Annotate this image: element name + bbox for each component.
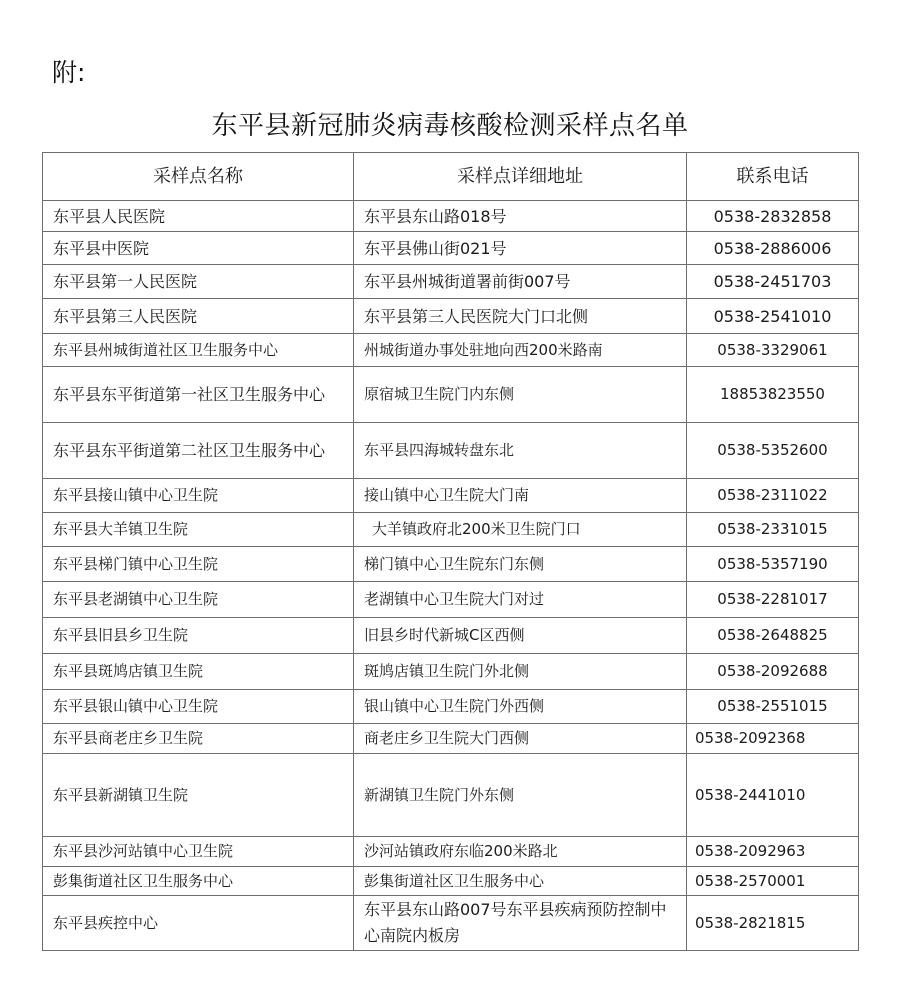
site-address: 旧县乡时代新城C区西侧 bbox=[354, 618, 687, 654]
site-phone: 0538-2311022 bbox=[687, 479, 859, 513]
site-name: 东平县疾控中心 bbox=[43, 896, 354, 951]
site-phone: 0538-2832858 bbox=[687, 201, 859, 232]
site-address: 斑鸠店镇卫生院门外北侧 bbox=[354, 654, 687, 690]
header-site-address: 采样点详细地址 bbox=[354, 153, 687, 201]
site-name: 东平县州城街道社区卫生服务中心 bbox=[43, 334, 354, 367]
table-row: 东平县东平街道第二社区卫生服务中心 东平县四海城转盘东北 0538-535260… bbox=[43, 423, 859, 479]
site-phone: 0538-2441010 bbox=[687, 754, 859, 837]
site-address: 东平县四海城转盘东北 bbox=[354, 423, 687, 479]
site-address: 新湖镇卫生院门外东侧 bbox=[354, 754, 687, 837]
table-row: 东平县大羊镇卫生院 大羊镇政府北200米卫生院门口 0538-2331015 bbox=[43, 513, 859, 547]
table-row: 东平县商老庄乡卫生院 商老庄乡卫生院大门西侧 0538-2092368 bbox=[43, 724, 859, 754]
site-address: 东平县佛山街021号 bbox=[354, 232, 687, 265]
site-phone: 0538-2092688 bbox=[687, 654, 859, 690]
site-phone: 0538-2331015 bbox=[687, 513, 859, 547]
site-phone: 0538-2092963 bbox=[687, 837, 859, 867]
site-address: 东平县第三人民医院大门口北侧 bbox=[354, 299, 687, 334]
site-name: 东平县接山镇中心卫生院 bbox=[43, 479, 354, 513]
site-phone: 0538-2541010 bbox=[687, 299, 859, 334]
site-name: 东平县梯门镇中心卫生院 bbox=[43, 547, 354, 582]
table-row: 东平县第三人民医院 东平县第三人民医院大门口北侧 0538-2541010 bbox=[43, 299, 859, 334]
site-phone: 0538-2281017 bbox=[687, 582, 859, 618]
site-name: 东平县东平街道第一社区卫生服务中心 bbox=[43, 367, 354, 423]
site-phone: 0538-3329061 bbox=[687, 334, 859, 367]
site-name: 东平县商老庄乡卫生院 bbox=[43, 724, 354, 754]
table-header-row: 采样点名称 采样点详细地址 联系电话 bbox=[43, 153, 859, 201]
site-address: 东平县州城街道署前街007号 bbox=[354, 265, 687, 299]
site-name: 东平县老湖镇中心卫生院 bbox=[43, 582, 354, 618]
site-phone: 0538-5357190 bbox=[687, 547, 859, 582]
site-address: 原宿城卫生院门内东侧 bbox=[354, 367, 687, 423]
site-phone: 18853823550 bbox=[687, 367, 859, 423]
table-row: 东平县第一人民医院 东平县州城街道署前街007号 0538-2451703 bbox=[43, 265, 859, 299]
site-phone: 0538-2570001 bbox=[687, 867, 859, 896]
site-address: 商老庄乡卫生院大门西侧 bbox=[354, 724, 687, 754]
header-site-name: 采样点名称 bbox=[43, 153, 354, 201]
table-row: 东平县斑鸠店镇卫生院 斑鸠店镇卫生院门外北侧 0538-2092688 bbox=[43, 654, 859, 690]
site-address: 老湖镇中心卫生院大门对过 bbox=[354, 582, 687, 618]
site-address: 州城街道办事处驻地向西200米路南 bbox=[354, 334, 687, 367]
site-address: 彭集街道社区卫生服务中心 bbox=[354, 867, 687, 896]
site-address: 银山镇中心卫生院门外西侧 bbox=[354, 690, 687, 724]
site-address: 大羊镇政府北200米卫生院门口 bbox=[354, 513, 687, 547]
site-phone: 0538-2551015 bbox=[687, 690, 859, 724]
site-name: 东平县人民医院 bbox=[43, 201, 354, 232]
site-name: 东平县斑鸠店镇卫生院 bbox=[43, 654, 354, 690]
site-name: 东平县第一人民医院 bbox=[43, 265, 354, 299]
site-address: 梯门镇中心卫生院东门东侧 bbox=[354, 547, 687, 582]
table-row: 东平县银山镇中心卫生院 银山镇中心卫生院门外西侧 0538-2551015 bbox=[43, 690, 859, 724]
table-row: 东平县老湖镇中心卫生院 老湖镇中心卫生院大门对过 0538-2281017 bbox=[43, 582, 859, 618]
site-phone: 0538-2451703 bbox=[687, 265, 859, 299]
table-row: 东平县疾控中心 东平县东山路007号东平县疾病预防控制中心南院内板房 0538-… bbox=[43, 896, 859, 951]
site-address: 接山镇中心卫生院大门南 bbox=[354, 479, 687, 513]
table-row: 彭集街道社区卫生服务中心 彭集街道社区卫生服务中心 0538-2570001 bbox=[43, 867, 859, 896]
site-phone: 0538-2648825 bbox=[687, 618, 859, 654]
site-name: 东平县沙河站镇中心卫生院 bbox=[43, 837, 354, 867]
site-phone: 0538-2886006 bbox=[687, 232, 859, 265]
site-name: 东平县东平街道第二社区卫生服务中心 bbox=[43, 423, 354, 479]
site-phone: 0538-5352600 bbox=[687, 423, 859, 479]
site-name: 东平县第三人民医院 bbox=[43, 299, 354, 334]
site-name: 东平县新湖镇卫生院 bbox=[43, 754, 354, 837]
site-address: 东平县东山路018号 bbox=[354, 201, 687, 232]
sampling-sites-table: 采样点名称 采样点详细地址 联系电话 东平县人民医院 东平县东山路018号 05… bbox=[42, 152, 859, 951]
table-row: 东平县中医院 东平县佛山街021号 0538-2886006 bbox=[43, 232, 859, 265]
document-title: 东平县新冠肺炎病毒核酸检测采样点名单 bbox=[0, 106, 900, 146]
site-name: 东平县旧县乡卫生院 bbox=[43, 618, 354, 654]
table-row: 东平县旧县乡卫生院 旧县乡时代新城C区西侧 0538-2648825 bbox=[43, 618, 859, 654]
table-row: 东平县沙河站镇中心卫生院 沙河站镇政府东临200米路北 0538-2092963 bbox=[43, 837, 859, 867]
attachment-label: 附: bbox=[52, 56, 85, 90]
site-address: 沙河站镇政府东临200米路北 bbox=[354, 837, 687, 867]
site-phone: 0538-2821815 bbox=[687, 896, 859, 951]
table-row: 东平县梯门镇中心卫生院 梯门镇中心卫生院东门东侧 0538-5357190 bbox=[43, 547, 859, 582]
header-phone: 联系电话 bbox=[687, 153, 859, 201]
table-row: 东平县接山镇中心卫生院 接山镇中心卫生院大门南 0538-2311022 bbox=[43, 479, 859, 513]
table-row: 东平县州城街道社区卫生服务中心 州城街道办事处驻地向西200米路南 0538-3… bbox=[43, 334, 859, 367]
site-phone: 0538-2092368 bbox=[687, 724, 859, 754]
site-address: 东平县东山路007号东平县疾病预防控制中心南院内板房 bbox=[354, 896, 687, 951]
site-name: 东平县银山镇中心卫生院 bbox=[43, 690, 354, 724]
site-name: 彭集街道社区卫生服务中心 bbox=[43, 867, 354, 896]
site-name: 东平县大羊镇卫生院 bbox=[43, 513, 354, 547]
table-row: 东平县人民医院 东平县东山路018号 0538-2832858 bbox=[43, 201, 859, 232]
site-name: 东平县中医院 bbox=[43, 232, 354, 265]
table-row: 东平县东平街道第一社区卫生服务中心 原宿城卫生院门内东侧 18853823550 bbox=[43, 367, 859, 423]
table-row: 东平县新湖镇卫生院 新湖镇卫生院门外东侧 0538-2441010 bbox=[43, 754, 859, 837]
